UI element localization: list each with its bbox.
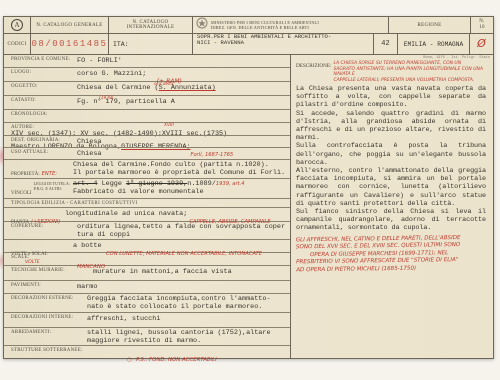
field-provincia: PROVINCIA E COMUNE:FO - FORLI' xyxy=(4,55,290,68)
description-paragraph: La Chiesa presenta una vasta navata cope… xyxy=(296,85,486,110)
field-label: USO ATTUALE: xyxy=(11,150,77,155)
ministry-cell: MINISTERO PER I BENI CULTURALI E AMBIENT… xyxy=(193,17,389,33)
state-emblem-icon xyxy=(196,17,208,33)
handwritten-intro: LA CHIESA SORGE SU TERRENO PIANEGGIANTE,… xyxy=(333,61,490,83)
field-strutture-sotterranee: STRUTTURE SOTTERRANEE:○ P.S.: FOND. NON … xyxy=(4,346,290,366)
field-label: LUOGO: xyxy=(11,70,77,75)
description-paragraph: Sul fianco sinistro della Chiesa si leva… xyxy=(296,208,486,233)
handwritten-intro-line: SAGRATO ANTISTANTE; HA UNA PIANTA LONGIT… xyxy=(333,67,490,78)
handwritten-intro-line: CAPPELLE LATERALI; PRESENTA UNA VOLUMETR… xyxy=(333,78,490,84)
field-value: longitudinale ad unica navata; xyxy=(65,210,187,218)
plain-text: Legge xyxy=(97,180,126,188)
field-label: AUTORE: xyxy=(11,125,77,130)
description-paragraph: Si accede, salendo quattro gradini di ma… xyxy=(296,110,486,143)
description-paragraph: All'esterno, contro l'ammattonato della … xyxy=(296,167,486,208)
circled-a-mark: A xyxy=(11,19,23,31)
field-value: affreschi, stucchi xyxy=(87,315,160,323)
description-paragraphs: La Chiesa presenta una vasta navata cope… xyxy=(296,85,486,233)
field-vincoli: VINCOLILEGGI DI TUTELA:P.R.G. E ALTRI:ar… xyxy=(4,179,290,199)
ita-label: ITA: xyxy=(109,34,193,54)
field-label: STRUTTURE SOTTERRANEE: xyxy=(11,348,87,353)
label-catalogo-generale: N. CATALOGO GENERALE xyxy=(31,17,109,33)
red-annotation: (1939) xyxy=(99,96,114,101)
label-codici: CODICI xyxy=(4,34,31,54)
field-label: DECORAZIONI INTERNE: xyxy=(11,315,87,320)
field-decorazioni-interne: DECORAZIONI INTERNE:affreschi, stucchi xyxy=(4,313,290,328)
field-cronologia: CRONOLOGIA:XIV sec. (1347); XV sec. (148… xyxy=(4,110,290,123)
field-value: Fg. n° 179, particella A xyxy=(77,98,175,106)
field-label: COPERTURE: xyxy=(11,224,77,229)
field-arredamenti: ARREDAMENTI:stalli lignei, bussola canto… xyxy=(4,328,290,346)
red-annotation: ENTE: xyxy=(42,171,57,177)
field-coperture: COPERTURE:orditura lignea,tetto a falde … xyxy=(4,222,290,240)
red-annotation: 1939, art.4 xyxy=(216,181,245,187)
description-paragraph: Sulla controfacciata è posta la tribuna … xyxy=(296,142,486,167)
soprintendenza-line2: NICI - RAVENNA xyxy=(197,40,244,46)
soprintendenza-cell: SOPR.PER I BENI AMBIENTALI E ARCHITETTO-… xyxy=(193,34,374,54)
field-label: OGGETTO: xyxy=(11,84,77,89)
red-annotation: P.S.: FOND. NON ACCERTABILI xyxy=(136,357,217,363)
plain-text: n.1089/ xyxy=(187,180,216,188)
field-value: Chiesa xyxy=(77,138,101,146)
red-annotation: ora della xyxy=(154,82,173,87)
section-header-tipologia: TIPOLOGIA EDILIZIA - CARATTERI COSTRUTTI… xyxy=(4,199,290,208)
field-value-line2: maggiore rivestito di marmo. xyxy=(87,338,271,346)
struck-text: 1ª giugno 1939, xyxy=(126,180,187,188)
field-catasto: (1939) CATASTO:Fg. n° 179, particella A xyxy=(4,96,290,110)
n-cell: N. 10 xyxy=(471,17,493,33)
corner-letter-cell: A xyxy=(4,17,31,33)
field-sublabel-2: P.R.G. E ALTRI: xyxy=(34,186,70,191)
field-label: CRONOLOGIA: xyxy=(11,112,77,117)
label-regione: REGIONE xyxy=(389,17,471,33)
field-value: marmo xyxy=(77,283,97,291)
description-label: DESCRIZIONE: xyxy=(296,63,331,69)
field-tecniche-murarie: TECNICHE MURARIE:murature in mattoni,a f… xyxy=(4,266,290,281)
card-body: PROVINCIA E COMUNE:FO - FORLI' LUOGO:cor… xyxy=(4,55,493,358)
fields-column: PROVINCIA E COMUNE:FO - FORLI' LUOGO:cor… xyxy=(4,55,291,358)
field-label: CATASTO: xyxy=(11,98,77,103)
codice-value: 08/00161485 xyxy=(32,39,108,49)
header-row-titles: A N. CATALOGO GENERALE N. CATALOGO INTER… xyxy=(4,17,493,34)
field-label: SCALE: xyxy=(11,255,77,260)
field-oggetto: ora della OGGETTO:Chiesa del Carmine (S.… xyxy=(4,82,290,96)
field-autore: XVIII AUTORE:Maestro LORENZO da Bologna,… xyxy=(4,123,290,136)
catalog-card: A N. CATALOGO GENERALE N. CATALOGO INTER… xyxy=(3,16,494,359)
field-value: murature in mattoni,a faccia vista xyxy=(93,268,232,276)
field-value: corso G. Mazzini; xyxy=(77,70,146,78)
ministry-line2: DIREZ. GEN. DELLE ANTICHITÀ E BELLE ARTI xyxy=(211,25,319,30)
description-header: DESCRIZIONE: LA CHIESA SORGE SU TERRENO … xyxy=(296,61,490,83)
description-column: Roma, 1976 - Ist. Poligr. Stato DESCRIZI… xyxy=(291,55,493,358)
field-dest-originaria: DEST. ORIGINARIA:Chiesa xyxy=(4,136,290,148)
n-value: 10 xyxy=(479,25,485,31)
label-catalogo-internazionale: N. CATALOGO INTERNAZIONALE xyxy=(109,17,193,33)
field-volte-solai: VOLTE e SOLAI:VOLTEa botte CON LUNETTE; … xyxy=(4,240,290,253)
field-value-line2: Fabbricato di valore monumentale xyxy=(73,189,245,197)
codice-generale-cell: 08/00161485 xyxy=(31,34,109,54)
field-label: DEST. ORIGINARIA: xyxy=(11,138,77,143)
field-value-line2: tura di coppi xyxy=(77,232,285,240)
red-circle-mark: ○ xyxy=(127,357,132,363)
field-value-line2: nato è stato collocato il portale marmor… xyxy=(87,304,271,312)
field-uso-attuale: USO ATTUALE:Chiesa xyxy=(4,148,290,160)
field-luogo: LUOGO:corso G. Mazzini; (+ RAM) xyxy=(4,68,290,82)
field-value-line2: Il portale marmoreo è proprietà del Comu… xyxy=(73,170,285,178)
field-value: FO - FORLI' xyxy=(77,57,122,65)
field-scale: SCALE:MANCANO xyxy=(4,253,290,266)
scanned-catalog-card-page: A N. CATALOGO GENERALE N. CATALOGO INTER… xyxy=(0,0,500,380)
field-value: Chiesa xyxy=(77,150,101,158)
field-label: PROVINCIA E COMUNE: xyxy=(11,57,77,62)
field-label: PROPRIETÀ: xyxy=(11,172,42,177)
field-label: TECNICHE MURARIE: xyxy=(11,268,93,273)
struck-text: art. 4 xyxy=(73,180,97,188)
field-pianta: PIANTA(+SEZIONI) longitudinale ad unica … xyxy=(4,208,290,222)
field-label: VINCOLI xyxy=(11,191,34,196)
field-label: PAVIMENTI: xyxy=(11,283,77,288)
red-annotation: XVIII xyxy=(164,123,174,128)
field-proprieta: PROPRIETÀ:ENTE:Chiesa del Carmine.Fondo … xyxy=(4,160,290,179)
field-decorazioni-esterne: DECORAZIONI ESTERNE:Greggia facciata inc… xyxy=(4,294,290,313)
field-label: DECORAZIONI ESTERNE: xyxy=(11,296,87,301)
header-row-codes: CODICI 08/00161485 ITA: SOPR.PER I BENI … xyxy=(4,34,493,55)
regione-value: EMILIA - ROMAGNA xyxy=(398,34,470,54)
handwritten-note: GLI AFFRESCHI, NEL CATINO E DELLE PARETI… xyxy=(296,234,490,274)
field-label: ARREDAMENTI: xyxy=(11,330,87,335)
field-value: a botte xyxy=(73,242,102,250)
regione-annotation: Ø xyxy=(470,34,493,54)
field-pavimenti: PAVIMENTI:marmo xyxy=(4,281,290,294)
field-value: Chiesa del Carmine ( xyxy=(77,84,159,92)
soprintendenza-code: 42 xyxy=(374,34,398,54)
